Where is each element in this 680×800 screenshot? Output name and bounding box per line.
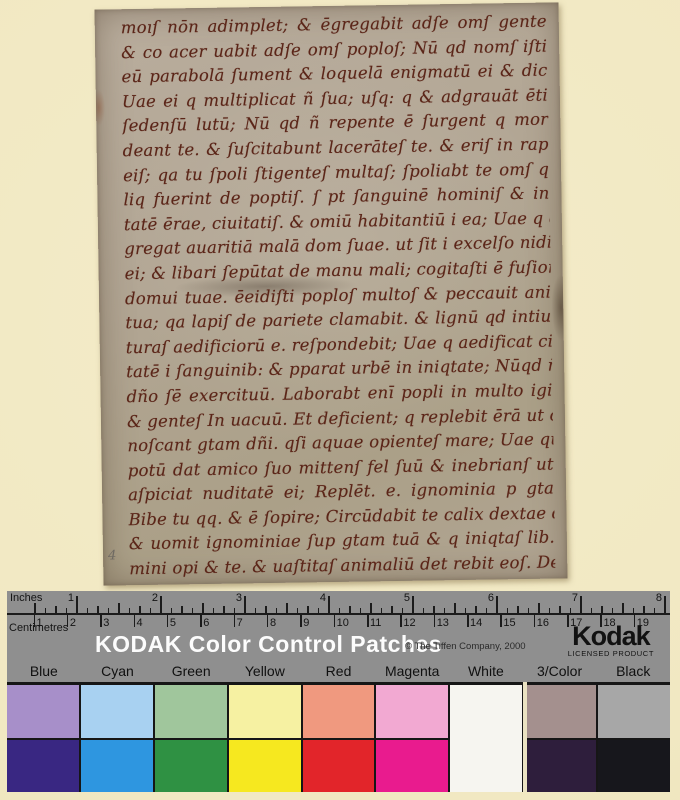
ruler-tick-inch: [412, 596, 414, 613]
patch-column: [303, 685, 375, 792]
inch-number: 7: [565, 592, 578, 604]
ruler-tick-inch: [580, 596, 582, 613]
ruler-tick-cm: [134, 615, 136, 627]
color-patch: [450, 685, 522, 792]
patch-column: [376, 685, 448, 792]
cm-number: 13: [437, 617, 449, 629]
ruler-tick-inch: [318, 608, 320, 613]
ruler-tick-cm: [467, 615, 469, 627]
ruler-tick-cm: [400, 615, 402, 627]
ruler-tick-inch: [664, 596, 666, 613]
kodak-logo: Kodak: [568, 625, 654, 647]
ruler-tick-inch: [181, 606, 183, 613]
kodak-color-target: Inches 12345678 123456789101112131415161…: [7, 591, 670, 792]
ruler-tick-inch: [202, 603, 204, 613]
ruler-tick-inch: [34, 603, 36, 613]
ruler-tick-inch: [570, 608, 572, 613]
manuscript-page: moıſ nōn adimplet; & ēgregabit adſe omſ …: [95, 2, 568, 585]
patch-column: [450, 685, 522, 792]
patch-label: Black: [596, 663, 670, 679]
color-patch: [598, 740, 670, 793]
cm-number: 3: [103, 617, 109, 629]
ruler-tick-inch: [55, 606, 57, 613]
ruler-tick-inch: [192, 608, 194, 613]
inch-number: 1: [61, 592, 74, 604]
patch-label: White: [449, 663, 523, 679]
patch-labels-row: BlueCyanGreenYellowRedMagentaWhite3/Colo…: [7, 659, 670, 682]
patch-column: [598, 685, 670, 792]
patch-label: Green: [154, 663, 228, 679]
ruler-tick-inch: [118, 603, 120, 613]
ruler-tick-inch: [265, 606, 267, 613]
color-patch: [229, 685, 301, 738]
card-gap: [523, 682, 527, 792]
ruler-tick-inch: [559, 606, 561, 613]
ruler-tick-inch: [87, 608, 89, 613]
kodak-logo-block: Kodak LICENSED PRODUCT: [568, 625, 654, 658]
inches-label: Inches: [10, 592, 42, 604]
ruler-tick-inch: [213, 608, 215, 613]
color-patch: [303, 740, 375, 793]
patch-label: Yellow: [228, 663, 302, 679]
licensed-product-label: LICENSED PRODUCT: [568, 649, 654, 658]
ruler-tick-cm: [100, 615, 102, 627]
kodak-title: KODAK Color Control Patches: [95, 631, 442, 658]
margin-foliation-number: 4: [108, 548, 117, 563]
cm-number: 10: [337, 617, 349, 629]
ruler-tick-inch: [328, 596, 330, 613]
color-patch: [376, 685, 448, 738]
ruler-tick-inch: [307, 606, 309, 613]
color-patch: [376, 740, 448, 793]
ruler-tick-inch: [444, 608, 446, 613]
ruler-tick-inch: [528, 608, 530, 613]
centimetres-label: Centimetres: [9, 622, 68, 634]
inch-number: 6: [481, 592, 494, 604]
ruler-tick-inch: [45, 608, 47, 613]
ruler-tick-inch: [66, 608, 68, 613]
ruler-tick-inch: [622, 603, 624, 613]
ruler-tick-inch: [391, 606, 393, 613]
ruler-tick-inch: [538, 603, 540, 613]
cm-number: 14: [470, 617, 482, 629]
ruler-tick-cm: [200, 615, 202, 627]
patch-column: [81, 685, 153, 792]
ruler-tick-inch: [339, 608, 341, 613]
color-patch: [303, 685, 375, 738]
color-patch: [81, 740, 153, 793]
ruler-tick-inch: [244, 596, 246, 613]
ruler-tick-inch: [433, 606, 435, 613]
ruler-tick-inch: [381, 608, 383, 613]
cm-number: 15: [503, 617, 515, 629]
ruler-tick-inch: [423, 608, 425, 613]
inch-number: 4: [313, 592, 326, 604]
inch-number: 2: [145, 592, 158, 604]
patch-column: [7, 685, 79, 792]
ruler-tick-inch: [654, 608, 656, 613]
ruler-tick-inch: [633, 608, 635, 613]
color-patch: [155, 685, 227, 738]
ruler-tick-inch: [297, 608, 299, 613]
patch-grid: [7, 682, 670, 792]
ruler-tick-inch: [223, 606, 225, 613]
ruler-tick-inch: [486, 608, 488, 613]
cm-number: 5: [170, 617, 176, 629]
photographed-page: moıſ nōn adimplet; & ēgregabit adſe omſ …: [0, 0, 680, 800]
cm-number: 12: [403, 617, 415, 629]
ruler-tick-inch: [591, 608, 593, 613]
ruler-tick-inch: [507, 608, 509, 613]
ruler-tick-inch: [370, 603, 372, 613]
ruler-tick-cm: [334, 615, 336, 627]
ruler-tick-inch: [360, 608, 362, 613]
ruler-tick-inch: [129, 608, 131, 613]
ruler-tick-inch: [475, 606, 477, 613]
color-patch: [229, 740, 301, 793]
ruler-tick-inch: [160, 596, 162, 613]
ruler-tick-inch: [108, 608, 110, 613]
patch-column: [155, 685, 227, 792]
ruler-tick-inch: [496, 596, 498, 613]
patch-column: [524, 685, 596, 792]
color-patch: [524, 740, 596, 793]
cm-number: 2: [70, 617, 76, 629]
patch-label: Magenta: [375, 663, 449, 679]
color-patch: [81, 685, 153, 738]
ruler-tick-inch: [601, 606, 603, 613]
ruler-tick-inch: [76, 596, 78, 613]
ruler-tick-inch: [349, 606, 351, 613]
inch-number: 5: [397, 592, 410, 604]
tiffen-copyright: © The Tiffen Company, 2000: [405, 641, 526, 652]
ruler-tick-inch: [549, 608, 551, 613]
color-patch: [598, 685, 670, 738]
ruler-tick-cm: [434, 615, 436, 627]
cm-number: 8: [270, 617, 276, 629]
color-patch: [7, 685, 79, 738]
ruler-tick-cm: [500, 615, 502, 627]
ruler-tick-inch: [402, 608, 404, 613]
ruler-tick-inch: [139, 606, 141, 613]
ruler-tick-inch: [171, 608, 173, 613]
patch-label: 3/Color: [523, 663, 597, 679]
ruler-tick-inch: [454, 603, 456, 613]
ruler-tick-inch: [97, 606, 99, 613]
ruler-tick-inch: [612, 608, 614, 613]
manuscript-text-block: moıſ nōn adimplet; & ēgregabit adſe omſ …: [121, 10, 556, 582]
ruler-tick-inch: [276, 608, 278, 613]
ruler-tick-inch: [286, 603, 288, 613]
cm-number: 6: [203, 617, 209, 629]
inch-number: 3: [229, 592, 242, 604]
ruler-tick-inch: [643, 606, 645, 613]
cm-number: 9: [303, 617, 309, 629]
ruler-tick-cm: [367, 615, 369, 627]
patch-label: Red: [302, 663, 376, 679]
ruler-tick-inch: [465, 608, 467, 613]
cm-number: 4: [137, 617, 143, 629]
ruler-tick-cm: [234, 615, 236, 627]
ruler-tick-inch: [150, 608, 152, 613]
ruler-tick-inch: [234, 608, 236, 613]
ruler-tick-cm: [267, 615, 269, 627]
color-patch: [524, 685, 596, 738]
cm-number: 7: [237, 617, 243, 629]
ruler-tick-inch: [517, 606, 519, 613]
patch-column: [229, 685, 301, 792]
patch-label: Cyan: [81, 663, 155, 679]
inches-ruler: Inches 12345678: [7, 591, 670, 615]
cm-number: 11: [370, 617, 381, 629]
ruler-tick-cm: [534, 615, 536, 627]
color-patch: [7, 740, 79, 793]
patch-label: Blue: [7, 663, 81, 679]
ruler-tick-cm: [300, 615, 302, 627]
ruler-tick-inch: [255, 608, 257, 613]
ruler-tick-cm: [167, 615, 169, 627]
inch-number: 8: [649, 592, 662, 604]
color-patch: [155, 740, 227, 793]
cm-number: 16: [537, 617, 549, 629]
